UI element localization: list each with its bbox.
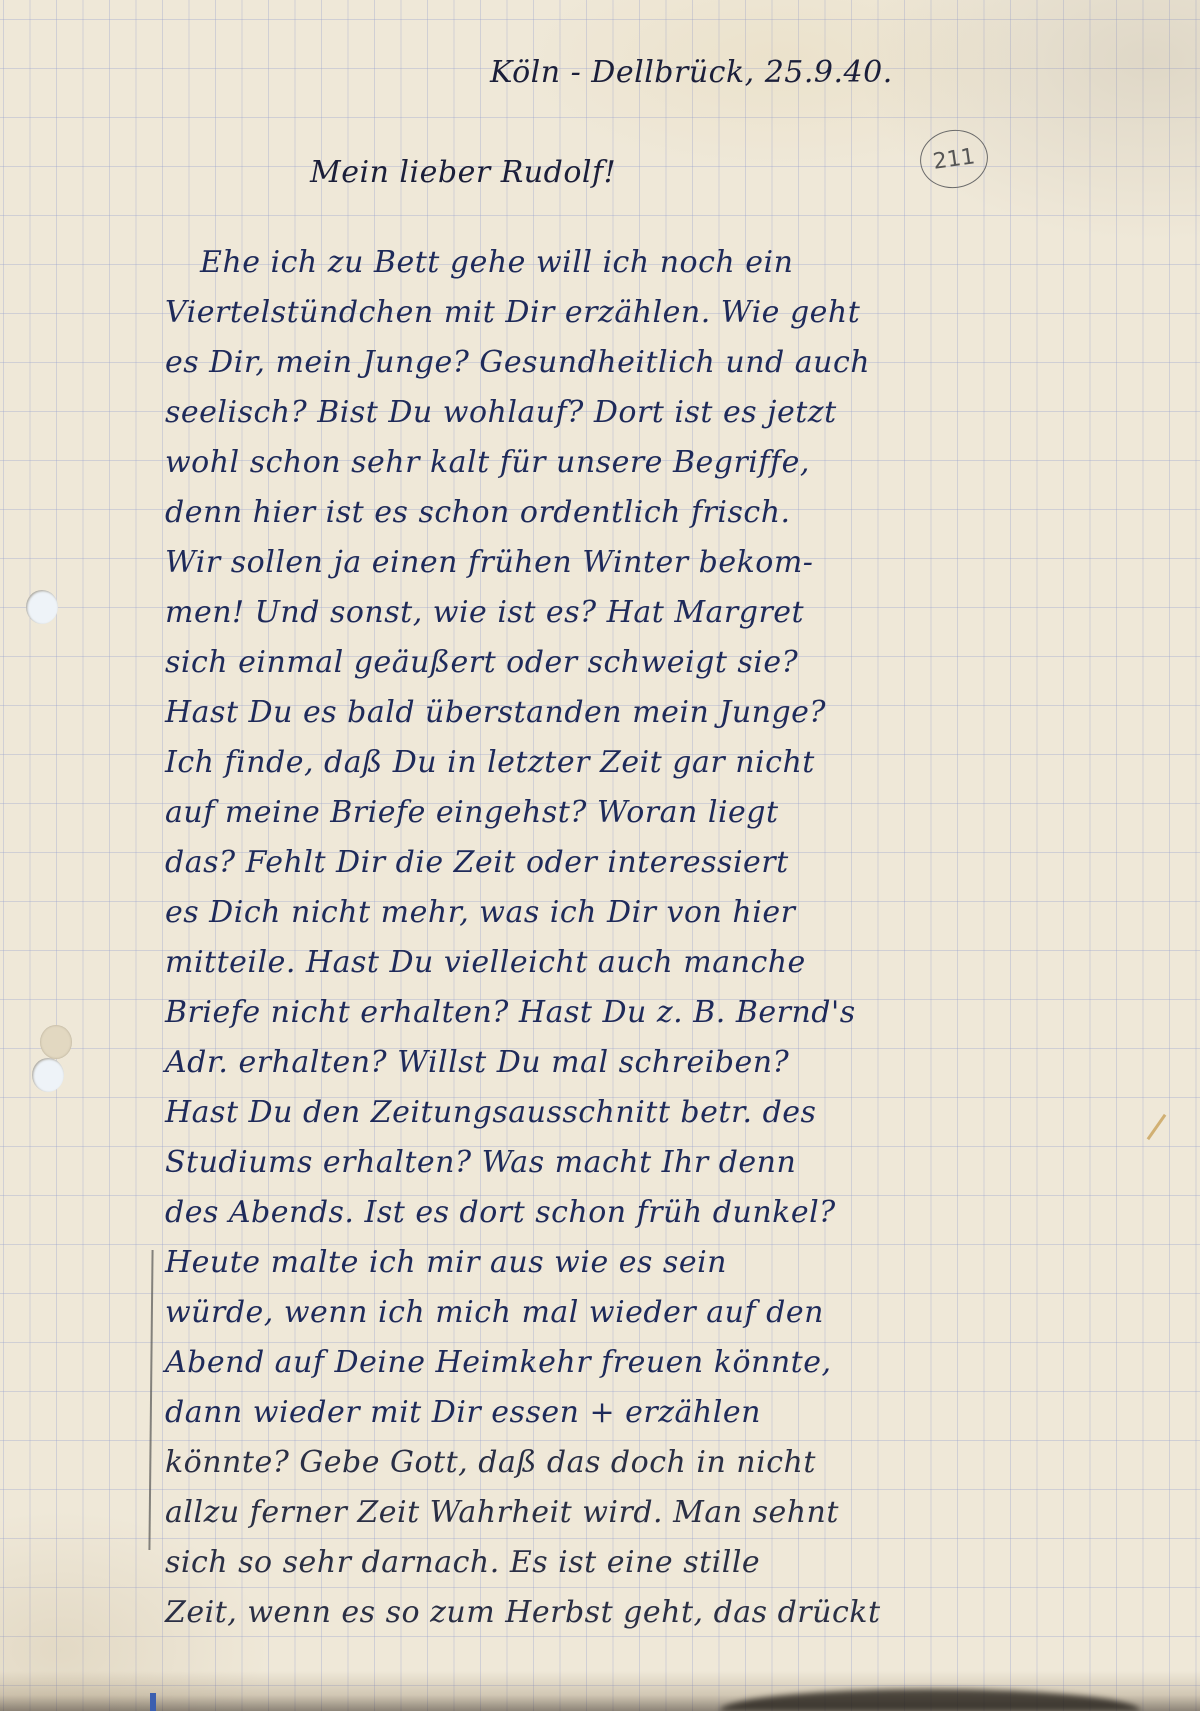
body-line: es Dir, mein Junge? Gesundheitlich und a…	[165, 345, 1095, 380]
body-line: Hast Du den Zeitungsausschnitt betr. des	[165, 1095, 1095, 1130]
margin-bracket-line	[148, 1250, 153, 1550]
letter-page: Köln - Dellbrück, 25.9.40. 211 Mein lieb…	[0, 0, 1200, 1711]
body-line: würde, wenn ich mich mal wieder auf den	[165, 1295, 1095, 1330]
body-line: sich einmal geäußert oder schweigt sie?	[165, 645, 1095, 680]
punch-hole-torn	[40, 1025, 72, 1059]
body-line: dann wieder mit Dir essen + erzählen	[165, 1395, 1095, 1430]
body-line: Studiums erhalten? Was macht Ihr denn	[165, 1145, 1095, 1180]
body-line: Viertelstündchen mit Dir erzählen. Wie g…	[165, 295, 1095, 330]
body-line: seelisch? Bist Du wohlauf? Dort ist es j…	[165, 395, 1095, 430]
body-line: allzu ferner Zeit Wahrheit wird. Man seh…	[165, 1495, 1095, 1530]
body-line: Adr. erhalten? Willst Du mal schreiben?	[165, 1045, 1095, 1080]
salutation: Mein lieber Rudolf!	[310, 155, 616, 190]
punch-hole-top	[26, 590, 58, 624]
punch-hole-bottom	[32, 1058, 64, 1092]
body-line: Abend auf Deine Heimkehr freuen könnte,	[165, 1345, 1095, 1380]
body-line: es Dich nicht mehr, was ich Dir von hier	[165, 895, 1095, 930]
bottom-edge-stain	[0, 1671, 1200, 1711]
body-line: Zeit, wenn es so zum Herbst geht, das dr…	[165, 1595, 1095, 1630]
body-line: Wir sollen ja einen frühen Winter bekom-	[165, 545, 1095, 580]
body-line: Hast Du es bald überstanden mein Junge?	[165, 695, 1095, 730]
place-date: Köln - Dellbrück, 25.9.40.	[490, 55, 893, 90]
body-line: auf meine Briefe eingehst? Woran liegt	[165, 795, 1095, 830]
body-line: Ehe ich zu Bett gehe will ich noch ein	[200, 245, 1130, 280]
body-line: men! Und sonst, wie ist es? Hat Margret	[165, 595, 1095, 630]
body-line: Briefe nicht erhalten? Hast Du z. B. Ber…	[165, 995, 1095, 1030]
ink-stain	[1147, 1114, 1167, 1140]
body-line: könnte? Gebe Gott, daß das doch in nicht	[165, 1445, 1095, 1480]
body-line: Heute malte ich mir aus wie es sein	[165, 1245, 1095, 1280]
body-line: das? Fehlt Dir die Zeit oder interessier…	[165, 845, 1095, 880]
body-line: Ich finde, daß Du in letzter Zeit gar ni…	[165, 745, 1095, 780]
body-line: sich so sehr darnach. Es ist eine stille	[165, 1545, 1095, 1580]
archive-number-annotation: 211	[916, 126, 991, 193]
archive-number: 211	[931, 144, 976, 175]
body-line: denn hier ist es schon ordentlich frisch…	[165, 495, 1095, 530]
body-line: mitteile. Hast Du vielleicht auch manche	[165, 945, 1095, 980]
dark-stain	[720, 1689, 1140, 1711]
body-line: des Abends. Ist es dort schon früh dunke…	[165, 1195, 1095, 1230]
blue-ink-mark	[150, 1693, 156, 1711]
body-line: wohl schon sehr kalt für unsere Begriffe…	[165, 445, 1095, 480]
